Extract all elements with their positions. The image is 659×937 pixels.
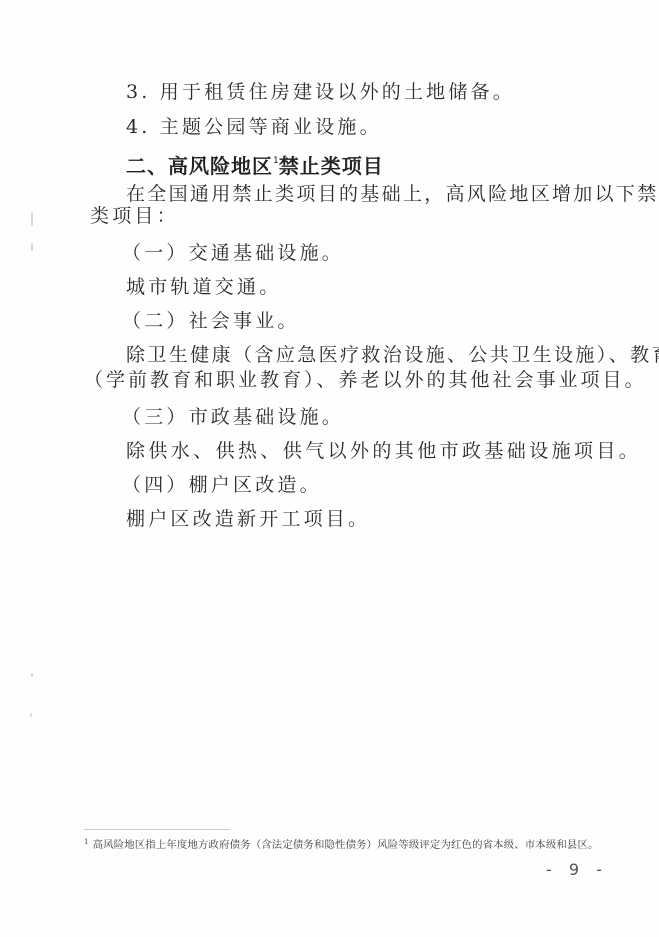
footnote-text: 高风险地区指上年度地方政府债务（含法定债务和隐性债务）风险等级评定为红色的省本级… [93,839,599,851]
paragraph-intro-cont: 类项目： [90,204,179,228]
list-item-3: 3. 用于租赁住房建设以外的土地储备。 [126,80,515,104]
subheading-social: （二）社会事业。 [122,309,300,333]
subheading-transport: （一）交通基础设施。 [122,241,344,265]
binding-mark [31,243,33,251]
binding-mark [31,673,33,677]
section-heading-text-cont: 禁止类项目 [279,154,384,178]
paragraph-municipal: 除供水、供热、供气以外的其他市政基础设施项目。 [126,439,641,463]
binding-mark [30,713,32,717]
list-item-4: 4. 主题公园等商业设施。 [126,115,382,139]
footnote-marker: 1 [84,838,89,846]
binding-mark [31,212,33,226]
document-page: 3. 用于租赁住房建设以外的土地储备。 4. 主题公园等商业设施。 二、高风险地… [0,0,659,937]
subheading-municipal: （三）市政基础设施。 [122,405,344,429]
paragraph-social: 除卫生健康（含应急医疗救治设施、公共卫生设施）、教育 [126,343,659,367]
subheading-shantytown: （四）棚户区改造。 [122,473,322,497]
paragraph-transport: 城市轨道交通。 [126,275,281,299]
page-number: - 9 - [546,860,608,879]
paragraph-social-cont: （学前教育和职业教育）、养老以外的其他社会事业项目。 [84,368,647,392]
section-heading-text: 二、高风险地区 [126,154,273,178]
paragraph-shantytown: 棚户区改造新开工项目。 [126,507,370,531]
section-heading: 二、高风险地区1禁止类项目 [126,149,384,178]
paragraph-intro: 在全国通用禁止类项目的基础上，高风险地区增加以下禁止 [126,182,659,206]
footnote-divider [84,829,230,830]
footnote: 1高风险地区指上年度地方政府债务（含法定债务和隐性债务）风险等级评定为红色的省本… [84,836,599,851]
